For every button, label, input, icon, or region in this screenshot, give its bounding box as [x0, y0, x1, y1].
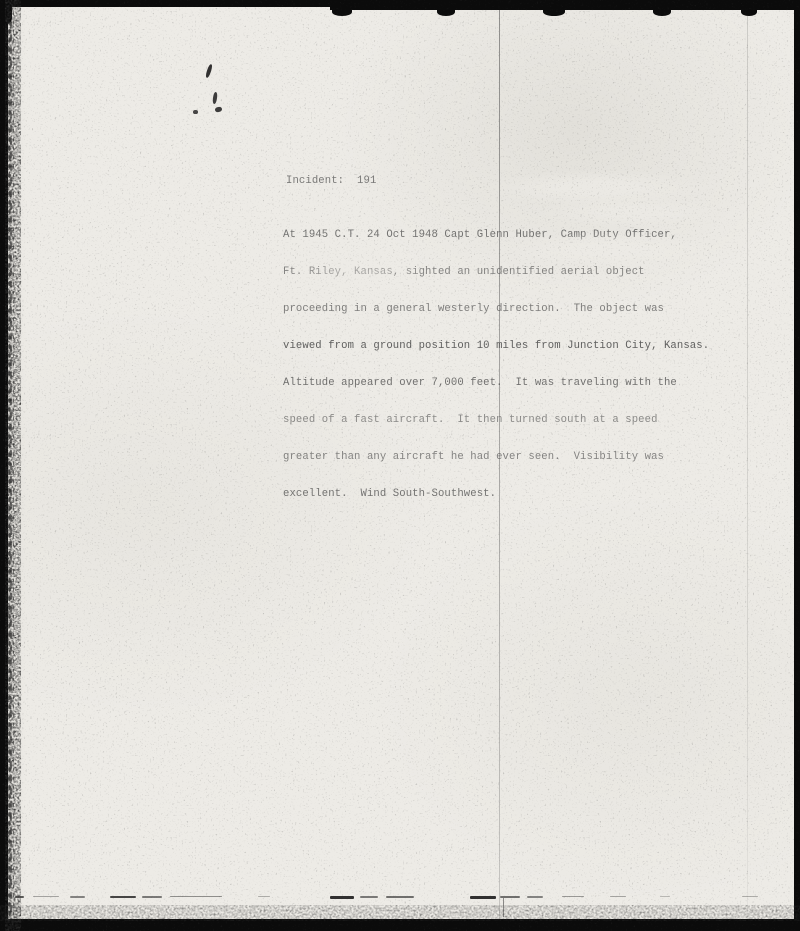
scratch-dash [660, 896, 670, 897]
top-edge-scallop [332, 8, 352, 16]
scratch-dash [610, 896, 626, 897]
typed-text-block: Incident: 191 At 1945 C.T. 24 Oct 1948 C… [283, 150, 723, 525]
ink-mark [215, 106, 223, 112]
scratch-dash [170, 896, 222, 897]
scanned-page: Incident: 191 At 1945 C.T. 24 Oct 1948 C… [0, 0, 800, 931]
top-edge-scallop [437, 8, 455, 16]
scratch-dash [742, 896, 758, 897]
scratch-dash [70, 896, 85, 898]
scratch-dash [470, 896, 496, 899]
incident-heading: Incident: 191 [286, 175, 723, 187]
page-bottom-border [0, 919, 800, 931]
scratch-dash [15, 896, 24, 898]
page-top-border-thick [330, 0, 800, 10]
body-line-5: Altitude appeared over 7,000 feet. It wa… [283, 377, 723, 389]
scratch-dash [330, 896, 354, 899]
right-fold-line [747, 0, 748, 919]
page-left-border-ragged-edge [7, 0, 14, 931]
body-line-4: viewed from a ground position 10 miles f… [283, 340, 723, 352]
scratch-dash [360, 896, 378, 898]
scratch-dash [110, 896, 136, 898]
scratch-dash [386, 896, 414, 898]
body-line-3: proceeding in a general westerly directi… [283, 303, 723, 315]
fold-tick-mark [503, 898, 504, 917]
ink-mark [193, 110, 198, 114]
scratch-dash [527, 896, 543, 898]
ink-mark [212, 92, 218, 104]
scratch-dash [562, 896, 584, 897]
body-line-2: Ft. Riley, Kansas, sighted an unidentifi… [283, 266, 723, 278]
scratch-dash [500, 896, 520, 898]
scratch-line [0, 894, 800, 900]
scratch-dash [258, 896, 270, 897]
body-line-7: greater than any aircraft he had ever se… [283, 451, 723, 463]
page-right-border [794, 0, 800, 931]
body-line-1: At 1945 C.T. 24 Oct 1948 Capt Glenn Hube… [283, 229, 723, 241]
ink-mark [205, 64, 213, 79]
scratch-dash [142, 896, 162, 898]
body-line-8: excellent. Wind South-Southwest. [283, 488, 723, 500]
top-edge-scallop [741, 8, 757, 16]
scratch-dash [33, 896, 59, 897]
body-line-6: speed of a fast aircraft. It then turned… [283, 414, 723, 426]
center-fold-line [499, 0, 500, 919]
top-edge-scallop [543, 8, 565, 16]
top-edge-scallop [653, 8, 671, 16]
